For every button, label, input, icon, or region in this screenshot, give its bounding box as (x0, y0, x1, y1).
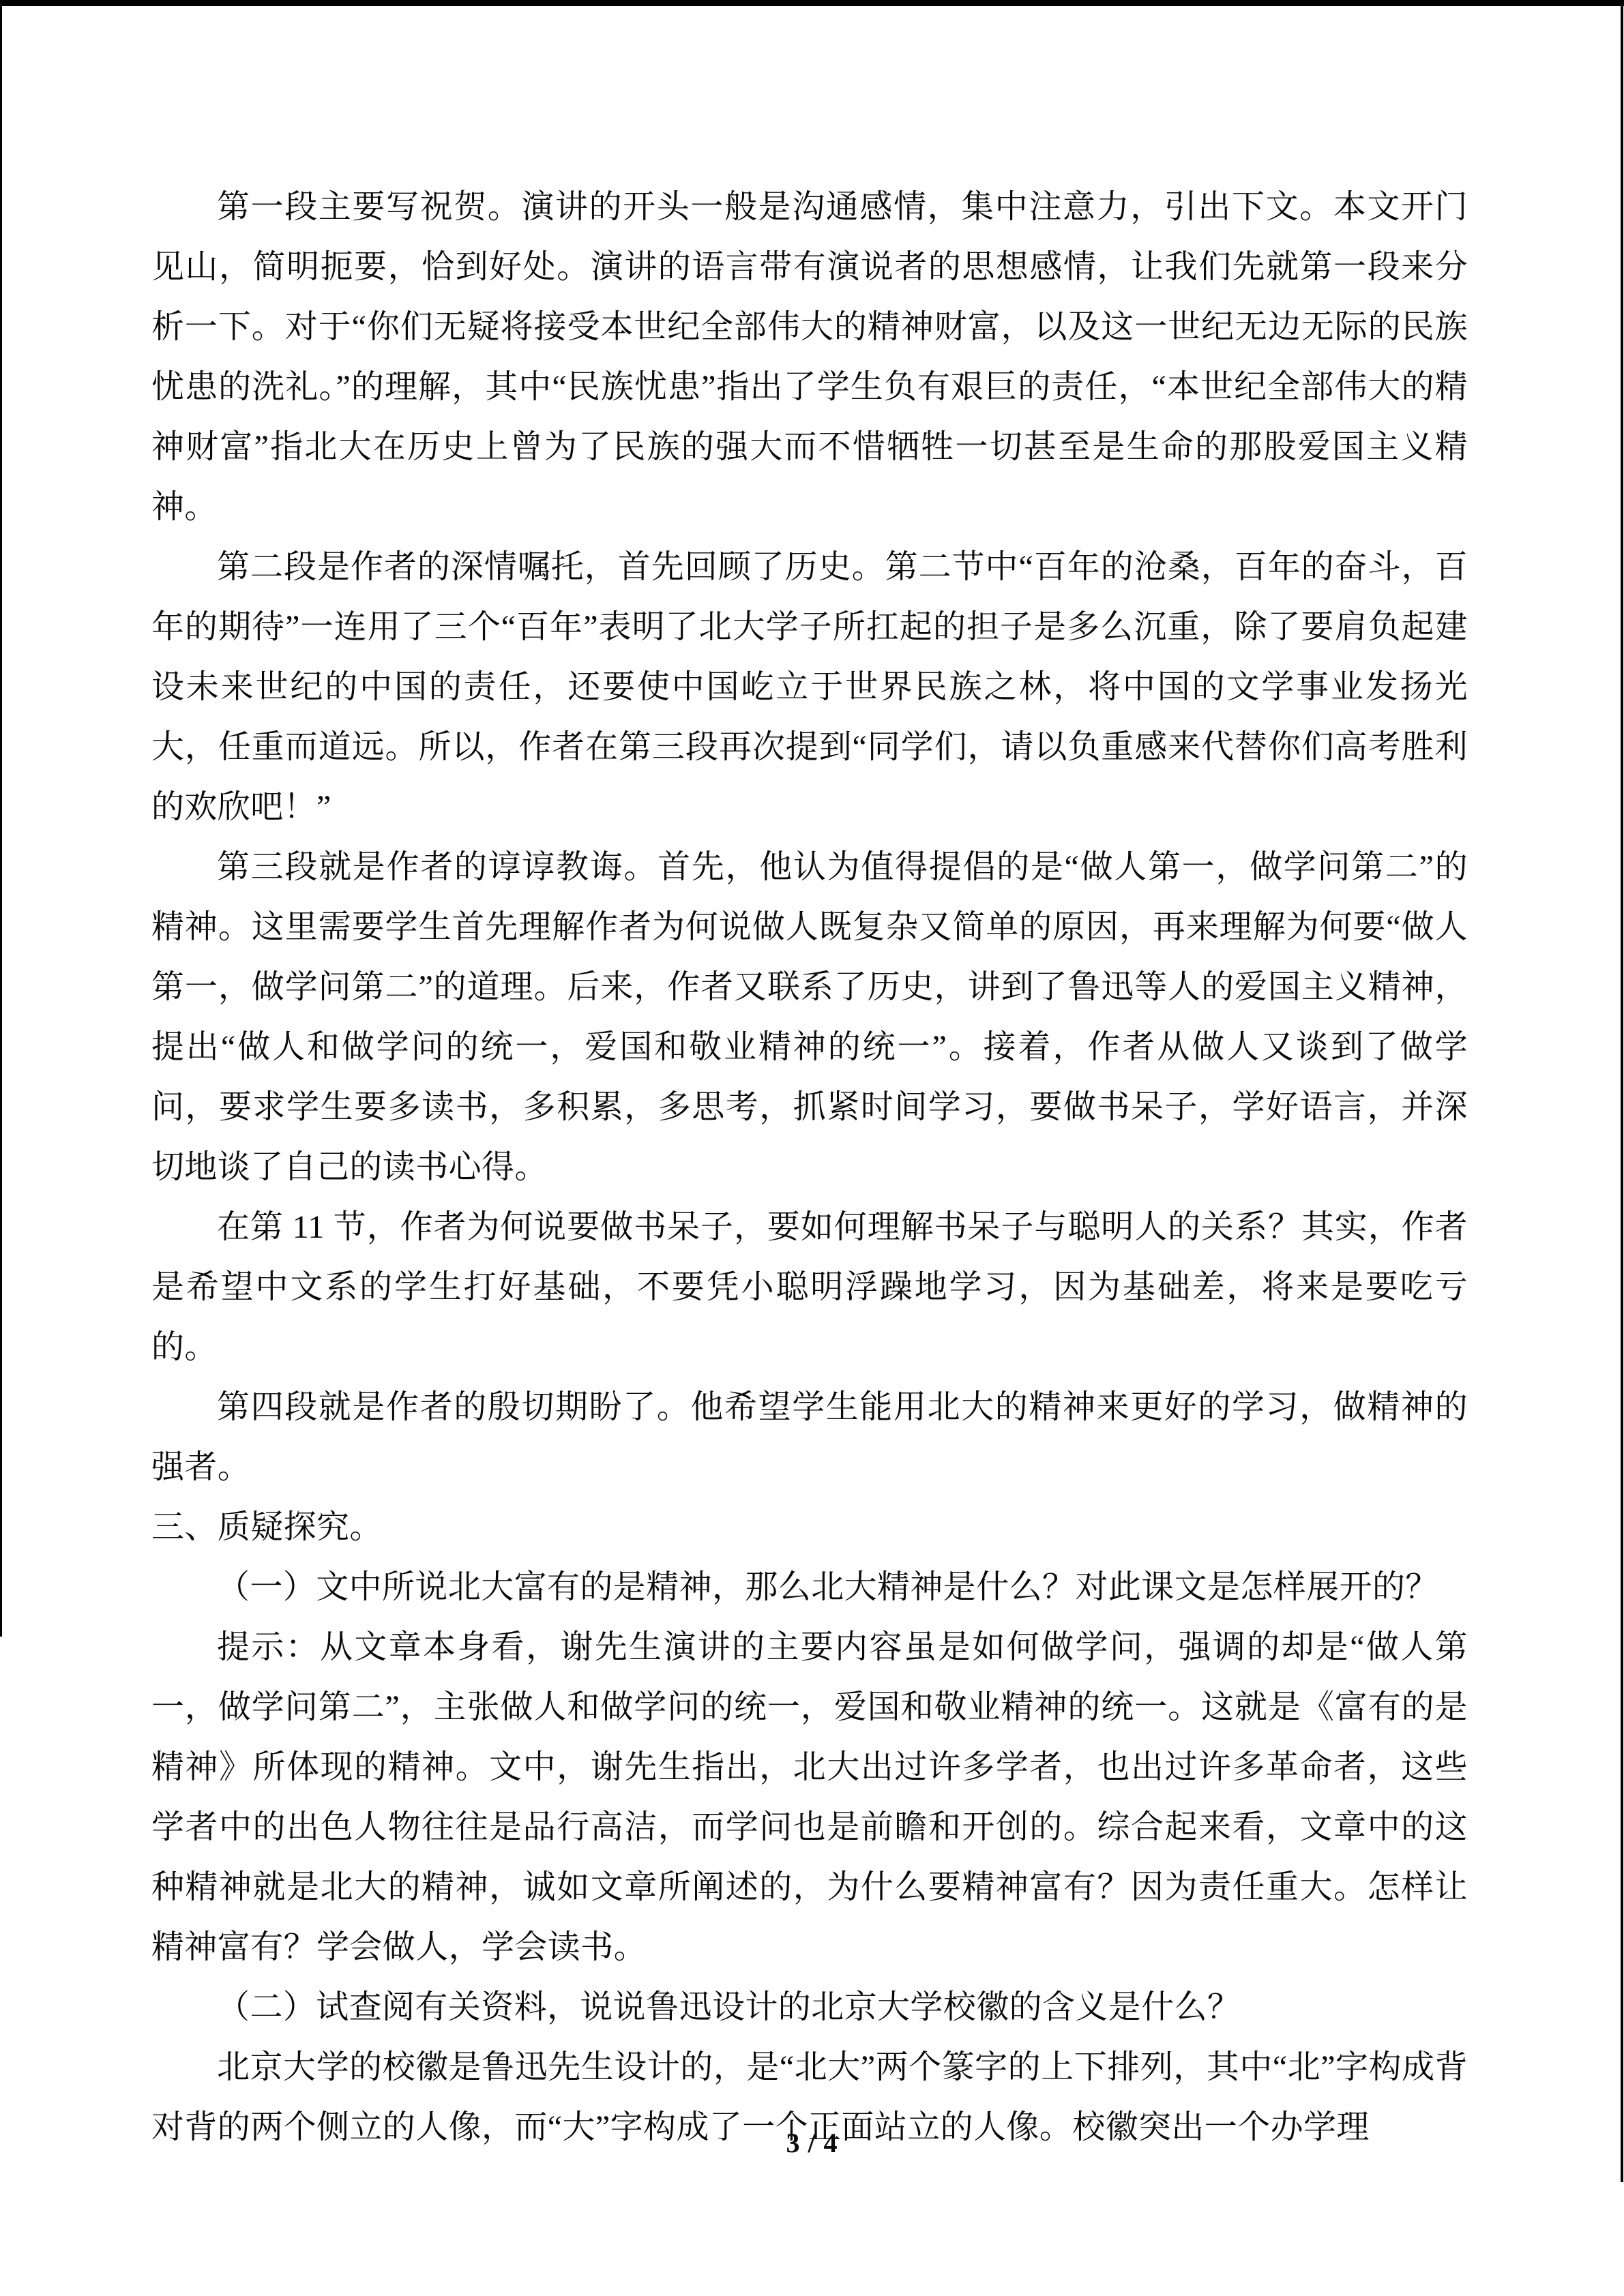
paragraph-hint-answer-1: 提示：从文章本身看，谢先生演讲的主要内容虽是如何做学问，强调的却是“做人第一，做… (151, 1617, 1468, 1978)
paragraph-analysis-note11: 在第 11 节，作者为何说要做书呆子，要如何理解书呆子与聪明人的关系？其实，作者… (151, 1197, 1468, 1377)
scan-border-right (1621, 0, 1623, 2182)
scan-border-left (0, 0, 2, 1637)
paragraph-analysis-section4: 第四段就是作者的殷切期盼了。他希望学生能用北大的精神来更好的学习，做精神的强者。 (151, 1377, 1468, 1497)
document-body: 第一段主要写祝贺。演讲的开头一般是沟通感情，集中注意力，引出下文。本文开门见山，… (151, 177, 1468, 2158)
paragraph-analysis-section1: 第一段主要写祝贺。演讲的开头一般是沟通感情，集中注意力，引出下文。本文开门见山，… (151, 177, 1468, 537)
document-page: { "page": { "footer": "3 / 4" }, "docume… (0, 0, 1624, 2296)
page-number: 3 / 4 (0, 2119, 1624, 2167)
scan-border-top (0, 0, 1624, 6)
paragraph-analysis-section3: 第三段就是作者的谆谆教诲。首先，他认为值得提倡的是“做人第一，做学问第二”的精神… (151, 837, 1468, 1197)
heading-inquiry-section: 三、质疑探究。 (151, 1497, 1468, 1557)
paragraph-question-2: （二）试查阅有关资料，说说鲁迅设计的北京大学校徽的含义是什么？ (151, 1978, 1468, 2038)
paragraph-question-1: （一）文中所说北大富有的是精神，那么北大精神是什么？对此课文是怎样展开的？ (151, 1557, 1468, 1617)
paragraph-analysis-section2: 第二段是作者的深情嘱托，首先回顾了历史。第二节中“百年的沧桑，百年的奋斗，百年的… (151, 537, 1468, 837)
